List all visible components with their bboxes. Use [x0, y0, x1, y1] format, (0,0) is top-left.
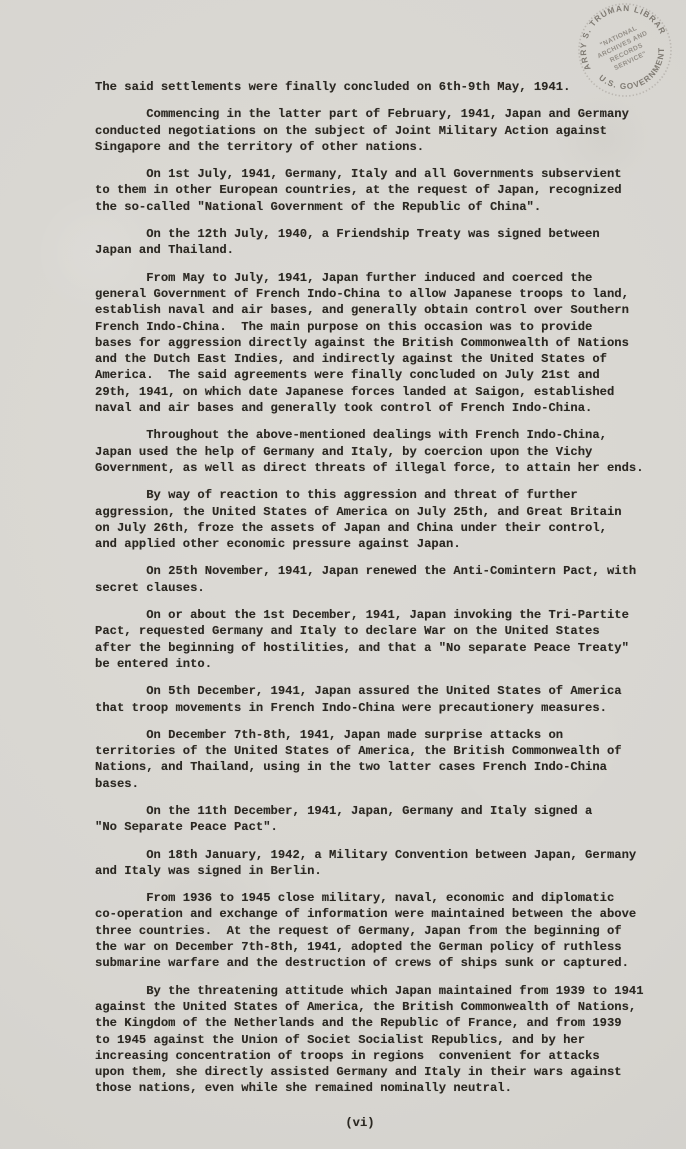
text-line: and Italy was signed in Berlin. — [95, 863, 675, 879]
text-line: to them in other European countries, at … — [95, 182, 675, 198]
text-line: and applied other economic pressure agai… — [95, 536, 675, 552]
text-line: By way of reaction to this aggression an… — [95, 487, 675, 503]
text-line: On 25th November, 1941, Japan renewed th… — [95, 563, 675, 579]
paragraph: On 25th November, 1941, Japan renewed th… — [95, 563, 675, 596]
text-line: Singapore and the territory of other nat… — [95, 139, 675, 155]
text-line: naval and air bases and generally took c… — [95, 400, 675, 416]
text-line: conducted negotiations on the subject of… — [95, 123, 675, 139]
text-line: On the 12th July, 1940, a Friendship Tre… — [95, 226, 675, 242]
text-line: the war on December 7th-8th, 1941, adopt… — [95, 939, 675, 955]
text-line: general Government of French Indo-China … — [95, 286, 675, 302]
text-line: upon them, she directly assisted Germany… — [95, 1064, 675, 1080]
paragraph: By way of reaction to this aggression an… — [95, 487, 675, 552]
paragraph: Commencing in the latter part of Februar… — [95, 106, 675, 155]
text-line: establish naval and air bases, and gener… — [95, 302, 675, 318]
paragraph: On or about the 1st December, 1941, Japa… — [95, 607, 675, 672]
text-line: Pact, requested Germany and Italy to dec… — [95, 623, 675, 639]
paragraph: On 5th December, 1941, Japan assured the… — [95, 683, 675, 716]
text-line: Commencing in the latter part of Februar… — [95, 106, 675, 122]
text-line: that troop movements in French Indo-Chin… — [95, 700, 675, 716]
text-line: By the threatening attitude which Japan … — [95, 983, 675, 999]
paragraph: On 1st July, 1941, Germany, Italy and al… — [95, 166, 675, 215]
text-line: after the beginning of hostilities, and … — [95, 640, 675, 656]
page-number: (vi) — [0, 1116, 686, 1130]
paragraph: On 18th January, 1942, a Military Conven… — [95, 847, 675, 880]
text-line: Throughout the above-mentioned dealings … — [95, 427, 675, 443]
text-line: aggression, the United States of America… — [95, 504, 675, 520]
paragraph: The said settlements were finally conclu… — [95, 79, 675, 95]
text-line: Nations, and Thailand, using in the two … — [95, 759, 675, 775]
text-line: French Indo-China. The main purpose on t… — [95, 319, 675, 335]
paragraph: Throughout the above-mentioned dealings … — [95, 427, 675, 476]
text-line: bases. — [95, 776, 675, 792]
paragraph: On December 7th-8th, 1941, Japan made su… — [95, 727, 675, 792]
text-line: Japan and Thailand. — [95, 242, 675, 258]
text-line: the so-called "National Government of th… — [95, 199, 675, 215]
text-line: "No Separate Peace Pact". — [95, 819, 675, 835]
paragraph: On the 12th July, 1940, a Friendship Tre… — [95, 226, 675, 259]
text-line: co-operation and exchange of information… — [95, 906, 675, 922]
text-line: On the 11th December, 1941, Japan, Germa… — [95, 803, 675, 819]
text-line: on July 26th, froze the assets of Japan … — [95, 520, 675, 536]
text-line: Government, as well as direct threats of… — [95, 460, 675, 476]
text-line: 29th, 1941, on which date Japanese force… — [95, 384, 675, 400]
text-line: From May to July, 1941, Japan further in… — [95, 270, 675, 286]
text-line: From 1936 to 1945 close military, naval,… — [95, 890, 675, 906]
text-line: The said settlements were finally conclu… — [95, 79, 675, 95]
text-line: submarine warfare and the destruction of… — [95, 955, 675, 971]
text-line: On 18th January, 1942, a Military Conven… — [95, 847, 675, 863]
text-line: secret clauses. — [95, 580, 675, 596]
text-line: and the Dutch East Indies, and indirectl… — [95, 351, 675, 367]
text-line: the Kingdom of the Netherlands and the R… — [95, 1015, 675, 1031]
text-line: Japan used the help of Germany and Italy… — [95, 444, 675, 460]
text-line: On December 7th-8th, 1941, Japan made su… — [95, 727, 675, 743]
paragraph: By the threatening attitude which Japan … — [95, 983, 675, 1097]
text-line: On or about the 1st December, 1941, Japa… — [95, 607, 675, 623]
text-line: On 1st July, 1941, Germany, Italy and al… — [95, 166, 675, 182]
text-line: increasing concentration of troops in re… — [95, 1048, 675, 1064]
text-line: to 1945 against the Union of Societ Soci… — [95, 1032, 675, 1048]
text-line: those nations, even while she remained n… — [95, 1080, 675, 1096]
text-line: territories of the United States of Amer… — [95, 743, 675, 759]
text-line: three countries. At the request of Germa… — [95, 923, 675, 939]
document-text: The said settlements were finally conclu… — [95, 79, 675, 1108]
paragraph: From May to July, 1941, Japan further in… — [95, 270, 675, 417]
text-line: On 5th December, 1941, Japan assured the… — [95, 683, 675, 699]
text-line: America. The said agreements were finall… — [95, 367, 675, 383]
scanned-document-page: HARRY S. TRUMAN LIBRARY U.S. GOVERNMENT … — [0, 0, 686, 1149]
text-line: bases for aggression directly against th… — [95, 335, 675, 351]
text-line: be entered into. — [95, 656, 675, 672]
paragraph: From 1936 to 1945 close military, naval,… — [95, 890, 675, 971]
text-line: against the United States of America, th… — [95, 999, 675, 1015]
paragraph: On the 11th December, 1941, Japan, Germa… — [95, 803, 675, 836]
